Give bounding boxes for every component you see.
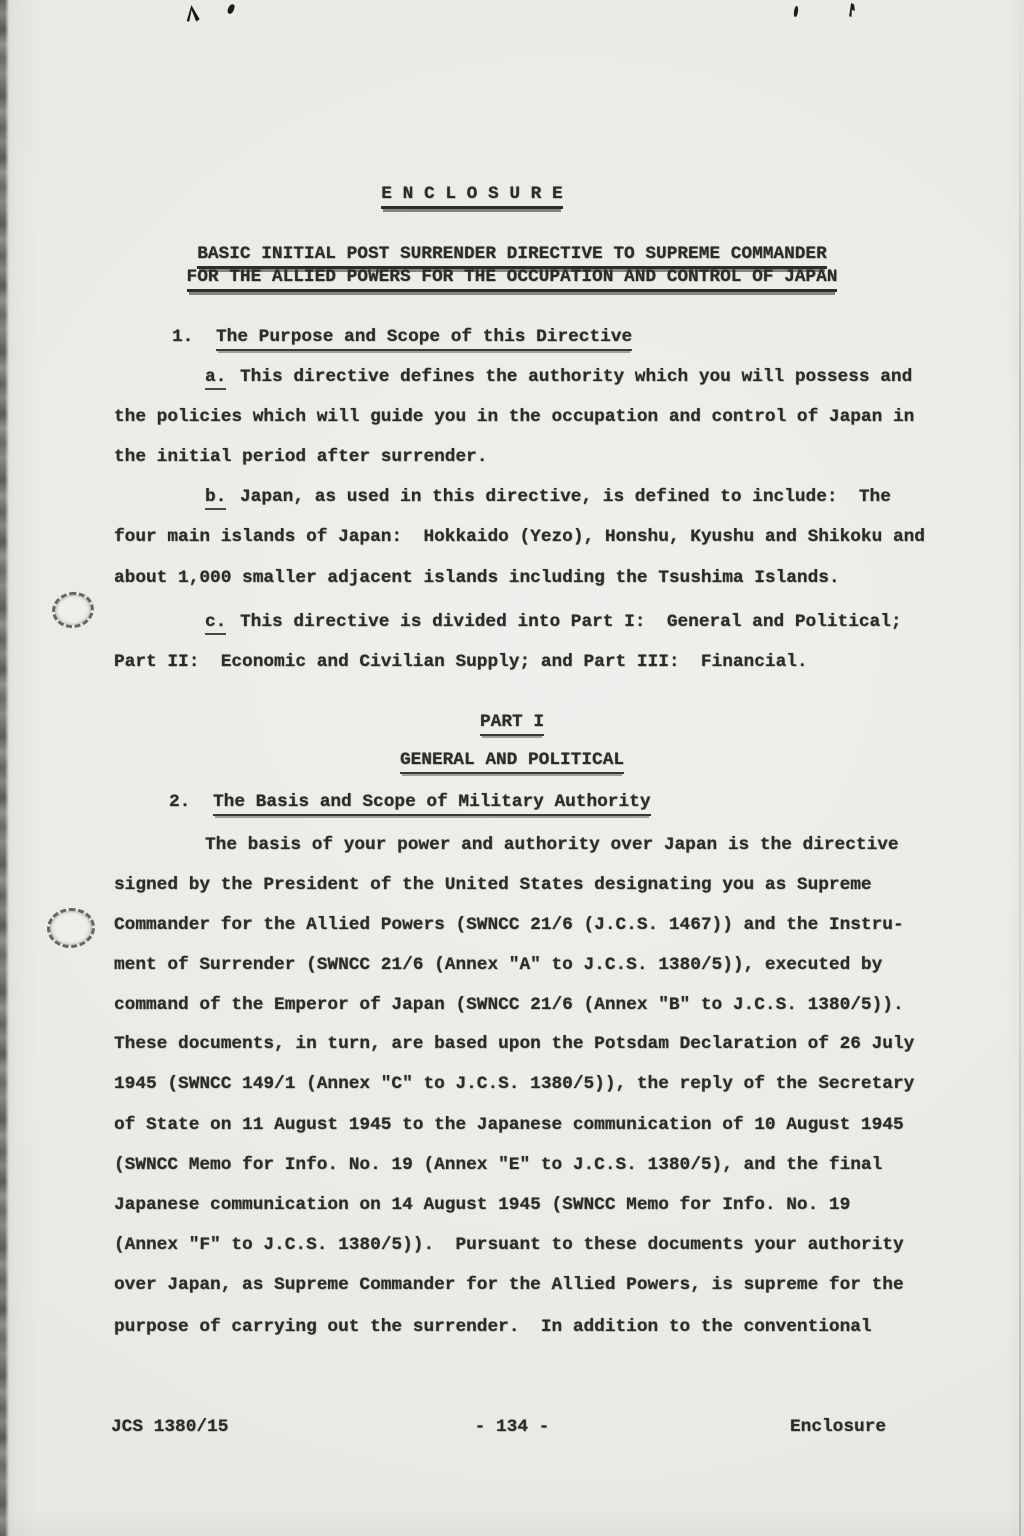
para-c-line: This directive is divided into Part I: G… [240,612,902,632]
para-a-line: the initial period after surrender. [114,447,487,467]
section-2-para-line: Commander for the Allied Powers (SWNCC 2… [114,915,904,935]
document-title-row-1: BASIC INITIAL POST SURRENDER DIRECTIVE T… [10,244,1014,264]
section-2-number: 2. [169,792,190,812]
part-1-heading: PART I [480,712,544,736]
enclosure-heading-row: E N C L O S U R E [0,184,944,204]
section-2-para-line: command of the Emperor of Japan (SWNCC 2… [114,995,904,1015]
scan-edge-line [1019,0,1021,1536]
section-2-para-line: over Japan, as Supreme Commander for the… [114,1275,904,1295]
para-a-label-row: a. [205,367,226,387]
section-1-number: 1. [172,327,193,347]
section-1-heading: The Purpose and Scope of this Directive [216,327,632,351]
section-2-para-line: Japanese communication on 14 August 1945… [114,1195,850,1215]
para-a-line: the policies which will guide you in the… [114,407,914,427]
part-1-subheading: GENERAL AND POLITICAL [400,750,624,774]
ink-speck-icon [185,4,200,22]
document-title-line-2: FOR THE ALLIED POWERS FOR THE OCCUPATION… [187,267,838,292]
para-a-label: a. [205,367,226,390]
section-2-para-line: purpose of carrying out the surrender. I… [114,1317,872,1337]
section-2-para-line: The basis of your power and authority ov… [205,835,899,855]
ink-speck-icon [227,3,235,14]
para-b-line: Japan, as used in this directive, is def… [240,487,891,507]
section-2-heading-row: The Basis and Scope of Military Authorit… [213,792,651,812]
punch-ring-mark [46,906,97,949]
para-c-line: Part II: Economic and Civilian Supply; a… [114,652,808,672]
para-c-label-row: c. [205,612,226,632]
document-title-row-2: FOR THE ALLIED POWERS FOR THE OCCUPATION… [10,267,1014,287]
para-b-label-row: b. [205,487,226,507]
para-b-label: b. [205,487,226,510]
section-2-para-line: signed by the President of the United St… [114,875,872,895]
section-2-para-line: These documents, in turn, are based upon… [114,1034,914,1054]
section-2-heading: The Basis and Scope of Military Authorit… [213,792,651,816]
section-2-para-line: (Annex "F" to J.C.S. 1380/5)). Pursuant … [114,1235,904,1255]
para-c-label: c. [205,612,226,635]
enclosure-heading: E N C L O S U R E [381,184,562,209]
para-b-line: about 1,000 smaller adjacent islands inc… [114,568,840,588]
section-2-para-line: 1945 (SWNCC 149/1 (Annex "C" to J.C.S. 1… [114,1074,914,1094]
footer-enclosure-label: Enclosure [790,1417,886,1437]
scan-edge-shadow [0,0,9,1536]
section-2-para-line: of State on 11 August 1945 to the Japane… [114,1115,904,1135]
scanned-document-page: E N C L O S U R E BASIC INITIAL POST SUR… [0,0,1024,1536]
para-a-line: This directive defines the authority whi… [240,367,912,387]
ink-speck-icon [793,6,798,17]
section-2-para-line: ment of Surrender (SWNCC 21/6 (Annex "A"… [114,955,882,975]
document-title-line-1: BASIC INITIAL POST SURRENDER DIRECTIVE T… [197,244,827,269]
punch-ring-mark [49,589,96,631]
para-b-line: four main islands of Japan: Hokkaido (Ye… [114,527,925,547]
section-2-para-line: (SWNCC Memo for Info. No. 19 (Annex "E" … [114,1155,882,1175]
part-1-subheading-row: GENERAL AND POLITICAL [10,750,1014,770]
section-1-heading-row: The Purpose and Scope of this Directive [216,327,632,347]
ink-speck-icon [847,3,855,18]
part-1-heading-row: PART I [10,712,1014,732]
